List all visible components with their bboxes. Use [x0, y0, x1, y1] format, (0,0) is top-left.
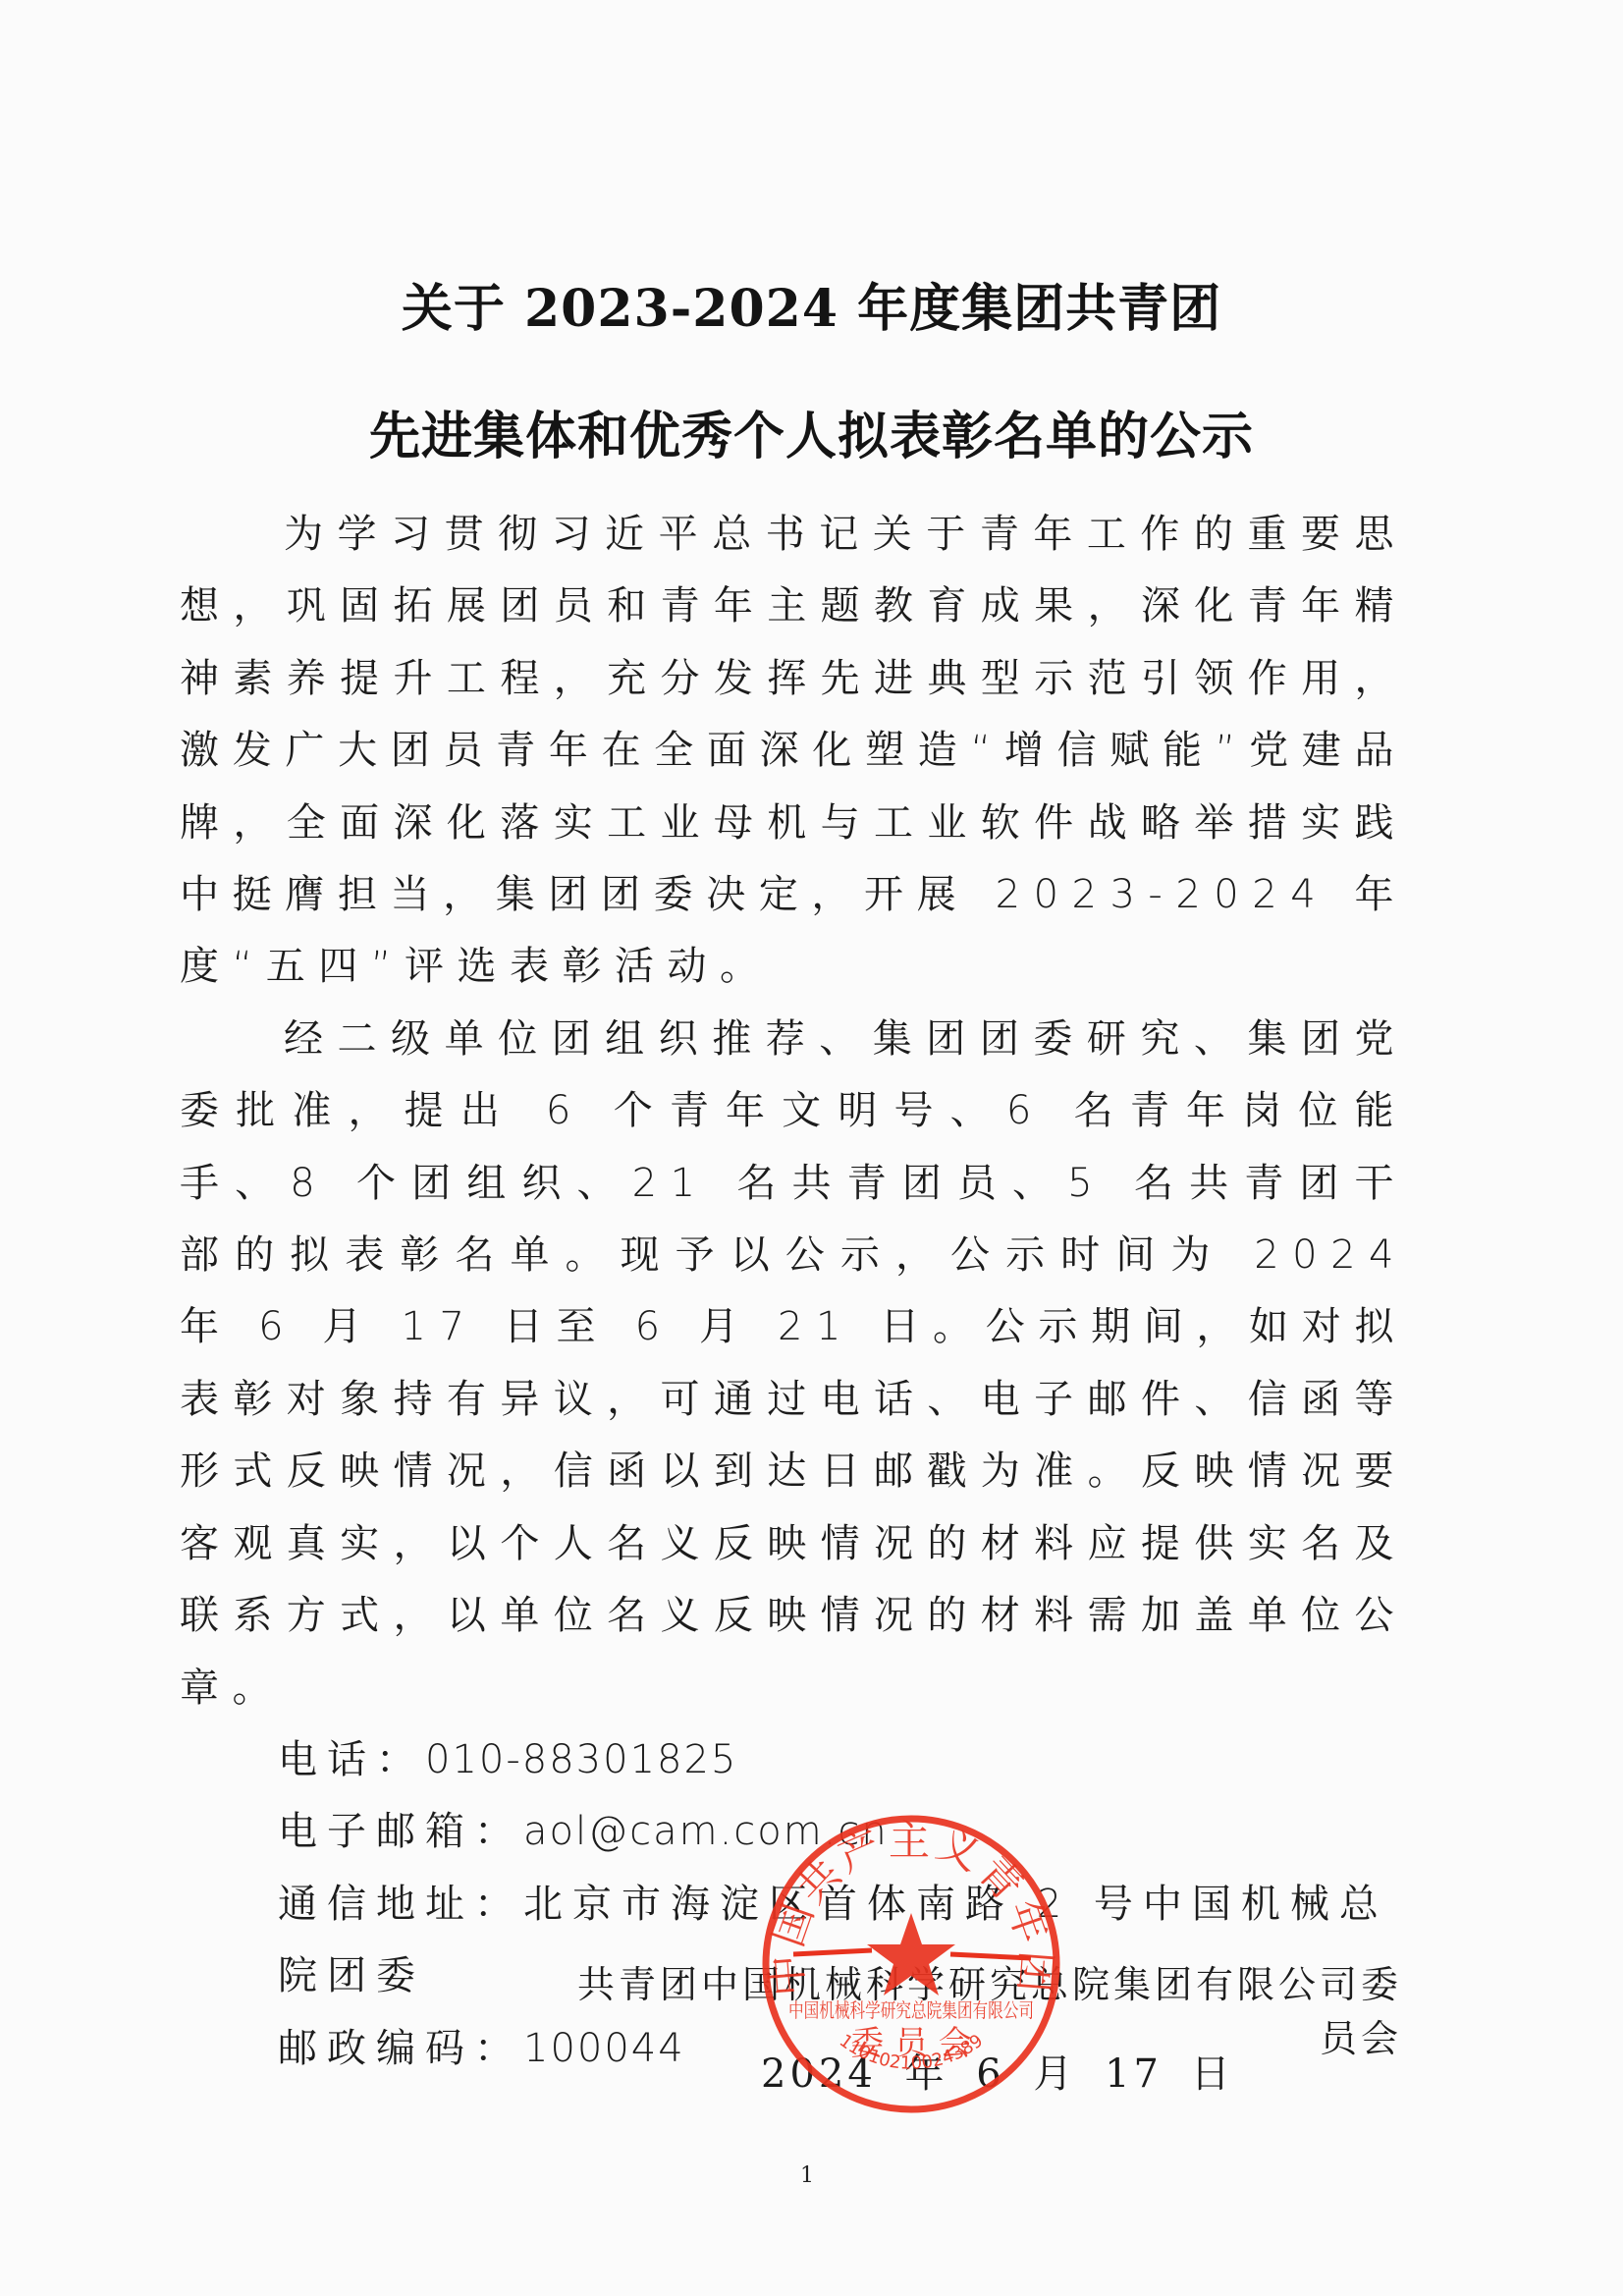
contact-postcode-label: 邮政编码： [278, 2026, 523, 2071]
paragraph-announcement: 经二级单位团组织推荐、集团团委研究、集团党委批准，提出 6 个青年文明号、6 名… [180, 1004, 1407, 1724]
contact-address-label: 通信地址： [278, 1882, 523, 1927]
contact-phone-label: 电话： [278, 1737, 425, 1782]
contact-phone-value: 010-88301825 [425, 1737, 737, 1782]
stamp-middle-text: 中国机械科学研究总院集团有限公司 [788, 1998, 1034, 2022]
document-page: 关于 2023-2024 年度集团共青团 先进集体和优秀个人拟表彰名单的公示 为… [0, 0, 1623, 2296]
page-number: 1 [800, 2163, 814, 2188]
paragraph-intro: 为学习贯彻习近平总书记关于青年工作的重要思想，巩固拓展团员和青年主题教育成果，深… [180, 499, 1407, 1004]
contact-phone: 电话：010-88301825 [180, 1724, 1407, 1796]
document-title-line-2: 先进集体和优秀个人拟表彰名单的公示 [0, 395, 1623, 468]
contact-email-label: 电子邮箱： [278, 1809, 523, 1854]
official-seal-icon: 中国共产主义青年团 中国机械科学研究总院集团有限公司 委 员 会 1101021… [754, 1807, 1068, 2121]
document-title-line-1: 关于 2023-2024 年度集团共青团 [0, 267, 1623, 341]
